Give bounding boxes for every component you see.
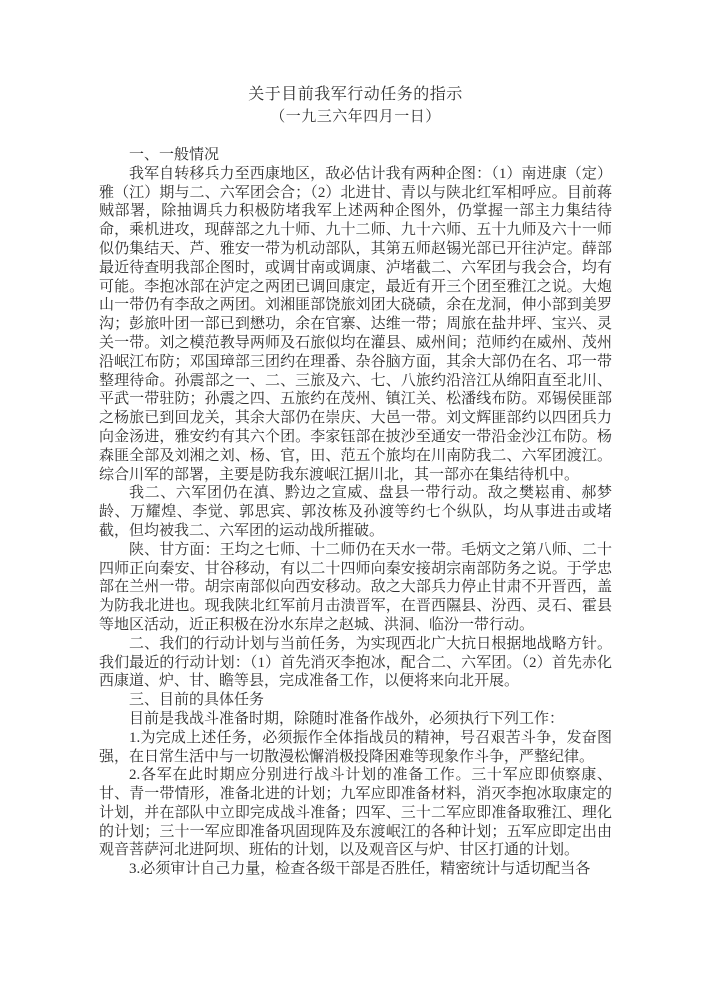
paragraph-task-1: 1.为完成上述任务，必须振作全体指战员的精神，号召艰苦斗争，发奋图强，在日常生活… bbox=[99, 729, 612, 767]
document-title: 关于目前我军行动任务的指示 bbox=[99, 84, 612, 106]
document-date: （一九三六年四月一日） bbox=[99, 106, 612, 128]
section-1-heading: 一、一般情况 bbox=[99, 146, 612, 165]
paragraph-second-sixth-corps: 我二、六军团仍在滇、黔边之宣威、盘县一带行动。敌之樊崧甫、郝梦龄、万耀煌、李觉、… bbox=[99, 484, 612, 540]
section-3-heading: 三、目前的具体任务 bbox=[99, 691, 612, 710]
paragraph-task-2: 2.各军在此时期应分别进行战斗计划的准备工作。三十军应即侦察康、甘、青一带情形，… bbox=[99, 766, 612, 860]
document-body: 关于目前我军行动任务的指示 （一九三六年四月一日） 一、一般情况 我军自转移兵力… bbox=[0, 0, 710, 879]
paragraph-task-3: 3.必须审计自己力量，检查各级干部是否胜任，精密统计与适切配当各 bbox=[99, 860, 612, 879]
section-2-action-plan: 二、我们的行动计划与当前任务，为实现西北广大抗日根据地战略方针。我们最近的行动计… bbox=[99, 635, 612, 691]
paragraph-preparation-period: 目前是我战斗准备时期，除随时准备作战外，必须执行下列工作： bbox=[99, 710, 612, 729]
paragraph-shaanxi-gansu: 陕、甘方面：王均之七师、十二师仍在天水一带。毛炳文之第八师、二十四师正向秦安、甘… bbox=[99, 541, 612, 635]
paragraph-enemy-deployment: 我军自转移兵力至西康地区，敌必估计我有两种企图：（1）南进康（定）雅（江）期与二… bbox=[99, 165, 612, 485]
document-text: 一、一般情况 我军自转移兵力至西康地区，敌必估计我有两种企图：（1）南进康（定）… bbox=[99, 146, 612, 879]
document-page: 关于目前我军行动任务的指示 （一九三六年四月一日） 一、一般情况 我军自转移兵力… bbox=[0, 0, 710, 1003]
